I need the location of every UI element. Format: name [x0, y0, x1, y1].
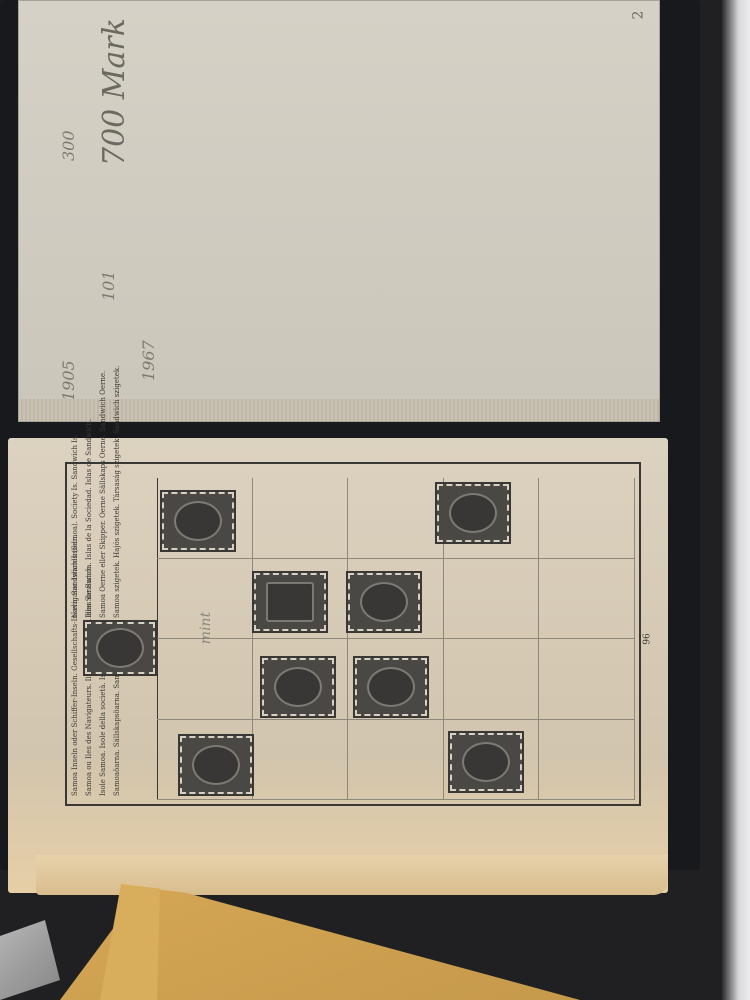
stamp-slot	[539, 478, 635, 559]
stamp: portrait stamp	[348, 573, 420, 631]
handwriting-fragment: 300	[59, 130, 78, 161]
stamp-slot	[539, 559, 635, 640]
stamp: portrait stamp, 1	[162, 492, 234, 550]
handwriting-fragment: 1967	[139, 340, 158, 381]
stamp-slot	[253, 478, 349, 559]
header-stamp	[85, 622, 155, 674]
portrait-oval	[96, 628, 144, 668]
stamp: portrait stamp	[355, 658, 427, 716]
pencil-note: mint	[198, 612, 214, 644]
corner-number: 2	[631, 11, 647, 20]
handwritten-page: 1905 300 101 1967 700 Mark 2	[18, 0, 660, 422]
header-line: Samoa Inseln oder Schiffer-Inseln. Gesel…	[71, 534, 80, 796]
stamp: portrait stamp, 1	[437, 484, 509, 542]
handwriting-fragment: 1905	[59, 360, 78, 401]
handwriting: 1905 300 101 1967 700 Mark	[19, 1, 659, 421]
stamp: scene stamp, 2	[254, 573, 326, 631]
page-number: 96	[643, 633, 653, 644]
stamp-slot	[444, 559, 540, 640]
stamp: portrait stamp, 1	[262, 658, 334, 716]
handwriting-fragment: 101	[99, 270, 118, 301]
light-edge	[722, 0, 750, 1000]
stamp-slot	[444, 639, 540, 720]
stamp: portrait stamp, 2	[180, 736, 252, 794]
stamp-slot	[348, 478, 444, 559]
header-line: Samoa Oerne eller Skipper. Oerne Sällska…	[99, 371, 108, 618]
stamp-slot	[539, 639, 635, 720]
header-line: Samoa szigetek. Hajós szigetek. Társaság…	[113, 366, 122, 618]
stamp-slot	[539, 720, 635, 801]
handwriting-fragment: 700 Mark	[97, 18, 132, 166]
stamp-slot	[348, 720, 444, 801]
stamp-slot	[157, 639, 253, 720]
stamp-slot	[253, 720, 349, 801]
stamp: portrait stamp, 2	[450, 733, 522, 791]
header-line: Samoa ou Iles des Navigateurs. Iles de l…	[85, 564, 94, 796]
